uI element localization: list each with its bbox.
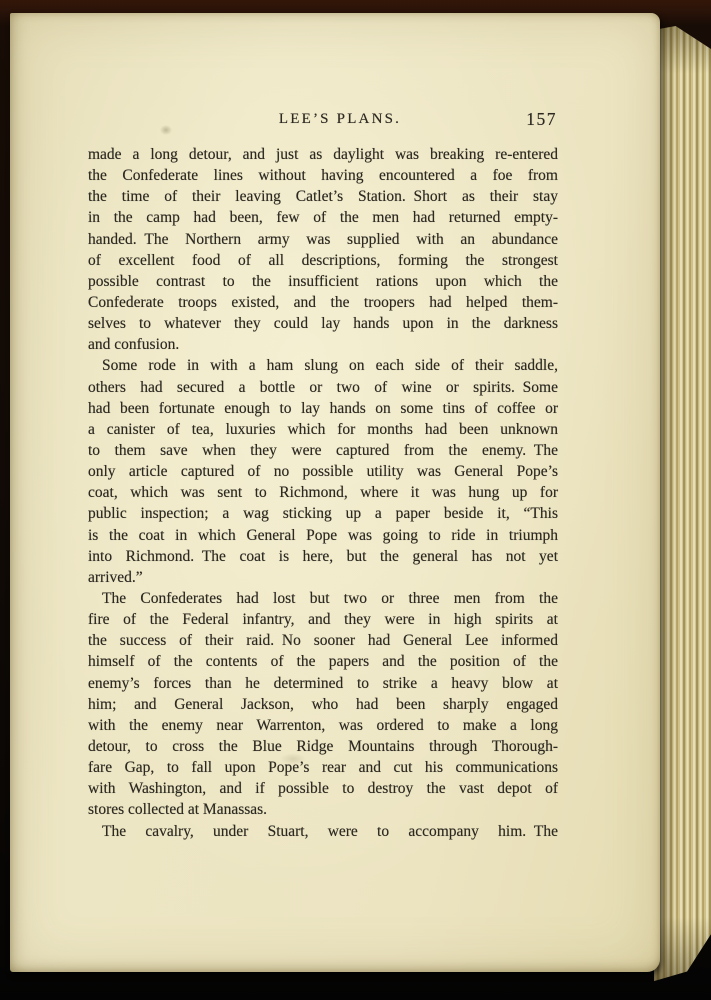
running-header: LEE’S PLANS. 157 — [88, 111, 558, 129]
text-line: handed. The Northern army was supplied w… — [88, 229, 558, 250]
text-line: had been fortunate enough to lay hands o… — [88, 398, 558, 419]
text-line: others had secured a bottle or two of wi… — [88, 377, 558, 398]
book-page: LEE’S PLANS. 157 made a long detour, and… — [10, 13, 660, 972]
text-block: LEE’S PLANS. 157 made a long detour, and… — [88, 111, 558, 842]
text-line: arrived.” — [88, 567, 558, 588]
page-number: 157 — [526, 109, 557, 130]
text-line: possible contrast to the insufficient ra… — [88, 271, 558, 292]
text-line: with Washington, and if possible to dest… — [88, 778, 558, 799]
text-body: made a long detour, and just as daylight… — [88, 144, 558, 842]
text-line: fire of the Federal infantry, and they w… — [88, 609, 558, 630]
page-title: LEE’S PLANS. — [279, 111, 401, 128]
text-line: fare Gap, to fall upon Pope’s rear and c… — [88, 757, 558, 778]
text-line: Confederate troops existed, and the troo… — [88, 292, 558, 313]
text-line: selves to whatever they could lay hands … — [88, 313, 558, 334]
text-line: The cavalry, under Stuart, were to accom… — [88, 821, 558, 842]
paragraph: The cavalry, under Stuart, were to accom… — [88, 821, 558, 842]
text-line: the Confederate lines without having enc… — [88, 165, 558, 186]
paragraph: Some rode in with a ham slung on each si… — [88, 355, 558, 588]
text-line: stores collected at Manassas. — [88, 799, 558, 820]
text-line: only article captured of no possible uti… — [88, 461, 558, 482]
text-line: enemy’s forces than he determined to str… — [88, 673, 558, 694]
text-line: of excellent food of all descriptions, f… — [88, 250, 558, 271]
page-edges — [654, 26, 711, 984]
text-line: to them save when they were captured fro… — [88, 440, 558, 461]
text-line: detour, to cross the Blue Ridge Mountain… — [88, 736, 558, 757]
text-line: in the camp had been, few of the men had… — [88, 207, 558, 228]
text-line: himself of the contents of the papers an… — [88, 651, 558, 672]
text-line: the success of their raid. No sooner had… — [88, 630, 558, 651]
text-line: coat, which was sent to Richmond, where … — [88, 482, 558, 503]
text-line: the time of their leaving Catlet’s Stati… — [88, 186, 558, 207]
text-line: Some rode in with a ham slung on each si… — [88, 355, 558, 376]
text-line: a canister of tea, luxuries which for mo… — [88, 419, 558, 440]
paragraph: made a long detour, and just as daylight… — [88, 144, 558, 355]
scanned-book-photo: LEE’S PLANS. 157 made a long detour, and… — [0, 0, 711, 1000]
text-line: The Confederates had lost but two or thr… — [88, 588, 558, 609]
text-line: with the enemy near Warrenton, was order… — [88, 715, 558, 736]
text-line: public inspection; a wag sticking up a p… — [88, 503, 558, 524]
paragraph: The Confederates had lost but two or thr… — [88, 588, 558, 821]
text-line: made a long detour, and just as daylight… — [88, 144, 558, 165]
text-line: and confusion. — [88, 334, 558, 355]
text-line: into Richmond. The coat is here, but the… — [88, 546, 558, 567]
text-line: is the coat in which General Pope was go… — [88, 525, 558, 546]
text-line: him; and General Jackson, who had been s… — [88, 694, 558, 715]
